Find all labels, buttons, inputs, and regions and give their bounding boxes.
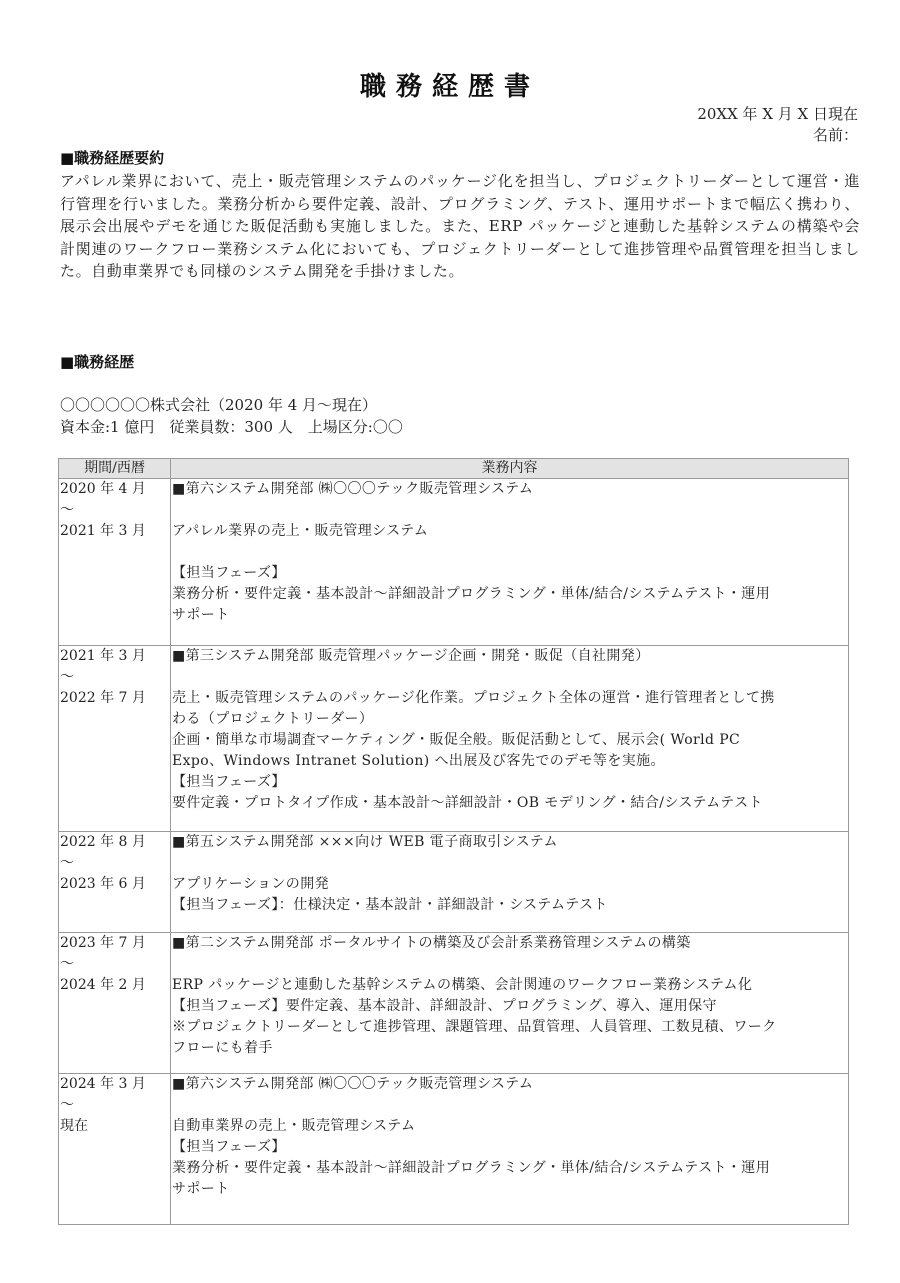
content-line: 【担当フェーズ】要件定義、基本設計、詳細設計、プログラミング、導入、運用保守 xyxy=(172,996,847,1017)
content-line: 自動車業界の売上・販売管理システム xyxy=(172,1116,847,1137)
project-title: ■第六システム開発部 ㈱〇〇〇テック販売管理システム xyxy=(172,1074,847,1095)
content-line xyxy=(172,1095,847,1116)
content-line: 業務分析・要件定義・基本設計～詳細設計プログラミング・単体/結合/システムテスト… xyxy=(172,1158,847,1179)
period-line: ～ xyxy=(60,667,169,688)
company-line: 〇〇〇〇〇〇株式会社（2020 年 4 月～現在） xyxy=(60,394,403,416)
content-cell: ■第五システム開発部 ×××向け WEB 電子商取引システムアプリケーションの開… xyxy=(171,832,849,933)
project-title: ■第三システム開発部 販売管理パッケージ企画・開発・販促（自社開発） xyxy=(172,646,847,667)
summary-heading: ■職務経歴要約 xyxy=(60,148,164,168)
content-cell: ■第三システム開発部 販売管理パッケージ企画・開発・販促（自社開発）売上・販売管… xyxy=(171,646,849,832)
period-line: 2022 年 8 月 xyxy=(60,832,169,853)
content-line: ERP パッケージと連動した基幹システムの構築、会計関連のワークフロー業務システ… xyxy=(172,975,847,996)
content-line: 企画・簡単な市場調査マーケティング・販促全般。販促活動として、展示会( Worl… xyxy=(172,730,847,751)
period-line: 2022 年 7 月 xyxy=(60,688,169,709)
content-line: ※プロジェクトリーダーとして進捗管理、課題管理、品質管理、人員管理、工数見積、ワ… xyxy=(172,1017,847,1038)
content-line xyxy=(172,542,847,563)
period-line: 2021 年 3 月 xyxy=(60,646,169,667)
project-title: ■第六システム開発部 ㈱〇〇〇テック販売管理システム xyxy=(172,479,847,500)
period-line: 2023 年 7 月 xyxy=(60,933,169,954)
content-line: 【担当フェーズ】 xyxy=(172,1137,847,1158)
content-line: 【担当フェーズ】 xyxy=(172,563,847,584)
project-title: ■第二システム開発部 ポータルサイトの構築及び会計系業務管理システムの構築 xyxy=(172,933,847,954)
content-cell: ■第二システム開発部 ポータルサイトの構築及び会計系業務管理システムの構築ERP… xyxy=(171,933,849,1074)
table-row: 2020 年 4 月～2021 年 3 月■第六システム開発部 ㈱〇〇〇テック販… xyxy=(59,479,849,646)
period-line: ～ xyxy=(60,500,169,521)
header-period: 期間/西暦 xyxy=(59,459,171,479)
career-table: 期間/西暦 業務内容 2020 年 4 月～2021 年 3 月■第六システム開… xyxy=(58,458,849,1225)
period-line: 2021 年 3 月 xyxy=(60,521,169,542)
content-cell: ■第六システム開発部 ㈱〇〇〇テック販売管理システム自動車業界の売上・販売管理シ… xyxy=(171,1074,849,1225)
header-content: 業務内容 xyxy=(171,459,849,479)
summary-text: アパレル業界において、売上・販売管理システムのパッケージ化を担当し、プロジェクト… xyxy=(60,170,860,283)
period-line: ～ xyxy=(60,954,169,975)
content-line: 業務分析・要件定義・基本設計～詳細設計プログラミング・単体/結合/システムテスト… xyxy=(172,584,847,605)
document-date: 20XX 年 X 月 X 日現在 xyxy=(697,104,858,125)
period-line: 現在 xyxy=(60,1116,169,1137)
period-cell: 2024 年 3 月～現在 xyxy=(59,1074,171,1225)
table-row: 2023 年 7 月～2024 年 2 月■第二システム開発部 ポータルサイトの… xyxy=(59,933,849,1074)
table-header-row: 期間/西暦 業務内容 xyxy=(59,459,849,479)
table-row: 2022 年 8 月～2023 年 6 月■第五システム開発部 ×××向け WE… xyxy=(59,832,849,933)
period-cell: 2022 年 8 月～2023 年 6 月 xyxy=(59,832,171,933)
content-line xyxy=(172,500,847,521)
content-line: 【担当フェーズ】 xyxy=(172,772,847,793)
content-line: アプリケーションの開発 xyxy=(172,874,847,895)
table-row: 2021 年 3 月～2022 年 7 月■第三システム開発部 販売管理パッケー… xyxy=(59,646,849,832)
table-row: 2024 年 3 月～現在■第六システム開発部 ㈱〇〇〇テック販売管理システム自… xyxy=(59,1074,849,1225)
content-line xyxy=(172,667,847,688)
content-line: サポート xyxy=(172,605,847,626)
period-line: 2024 年 2 月 xyxy=(60,975,169,996)
project-title: ■第五システム開発部 ×××向け WEB 電子商取引システム xyxy=(172,832,847,853)
content-line: 売上・販売管理システムのパッケージ化作業。プロジェクト全体の運営・進行管理者とし… xyxy=(172,688,847,709)
content-line xyxy=(172,853,847,874)
period-line: ～ xyxy=(60,1095,169,1116)
name-label: 名前： xyxy=(813,125,858,146)
period-cell: 2021 年 3 月～2022 年 7 月 xyxy=(59,646,171,832)
content-line: 要件定義・プロトタイプ作成・基本設計～詳細設計・OB モデリング・結合/システム… xyxy=(172,793,847,814)
content-line: 【担当フェーズ】：仕様決定・基本設計・詳細設計・システムテスト xyxy=(172,895,847,916)
period-cell: 2023 年 7 月～2024 年 2 月 xyxy=(59,933,171,1074)
period-cell: 2020 年 4 月～2021 年 3 月 xyxy=(59,479,171,646)
content-line: わる（プロジェクトリーダー） xyxy=(172,709,847,730)
content-line xyxy=(172,954,847,975)
period-line: 2023 年 6 月 xyxy=(60,874,169,895)
content-line: フローにも着手 xyxy=(172,1038,847,1059)
content-line: Expo、Windows Intranet Solution) へ出展及び客先で… xyxy=(172,751,847,772)
company-block: 〇〇〇〇〇〇株式会社（2020 年 4 月～現在） 資本金:1 億円 従業員数：… xyxy=(60,394,403,438)
period-line: 2020 年 4 月 xyxy=(60,479,169,500)
document-title: 職務経歴書 xyxy=(0,66,900,103)
content-cell: ■第六システム開発部 ㈱〇〇〇テック販売管理システムアパレル業界の売上・販売管理… xyxy=(171,479,849,646)
content-line: サポート xyxy=(172,1179,847,1200)
company-info: 資本金:1 億円 従業員数：300 人 上場区分:〇〇 xyxy=(60,416,403,438)
period-line: 2024 年 3 月 xyxy=(60,1074,169,1095)
history-heading: ■職務経歴 xyxy=(60,352,134,372)
content-line: アパレル業界の売上・販売管理システム xyxy=(172,521,847,542)
period-line: ～ xyxy=(60,853,169,874)
